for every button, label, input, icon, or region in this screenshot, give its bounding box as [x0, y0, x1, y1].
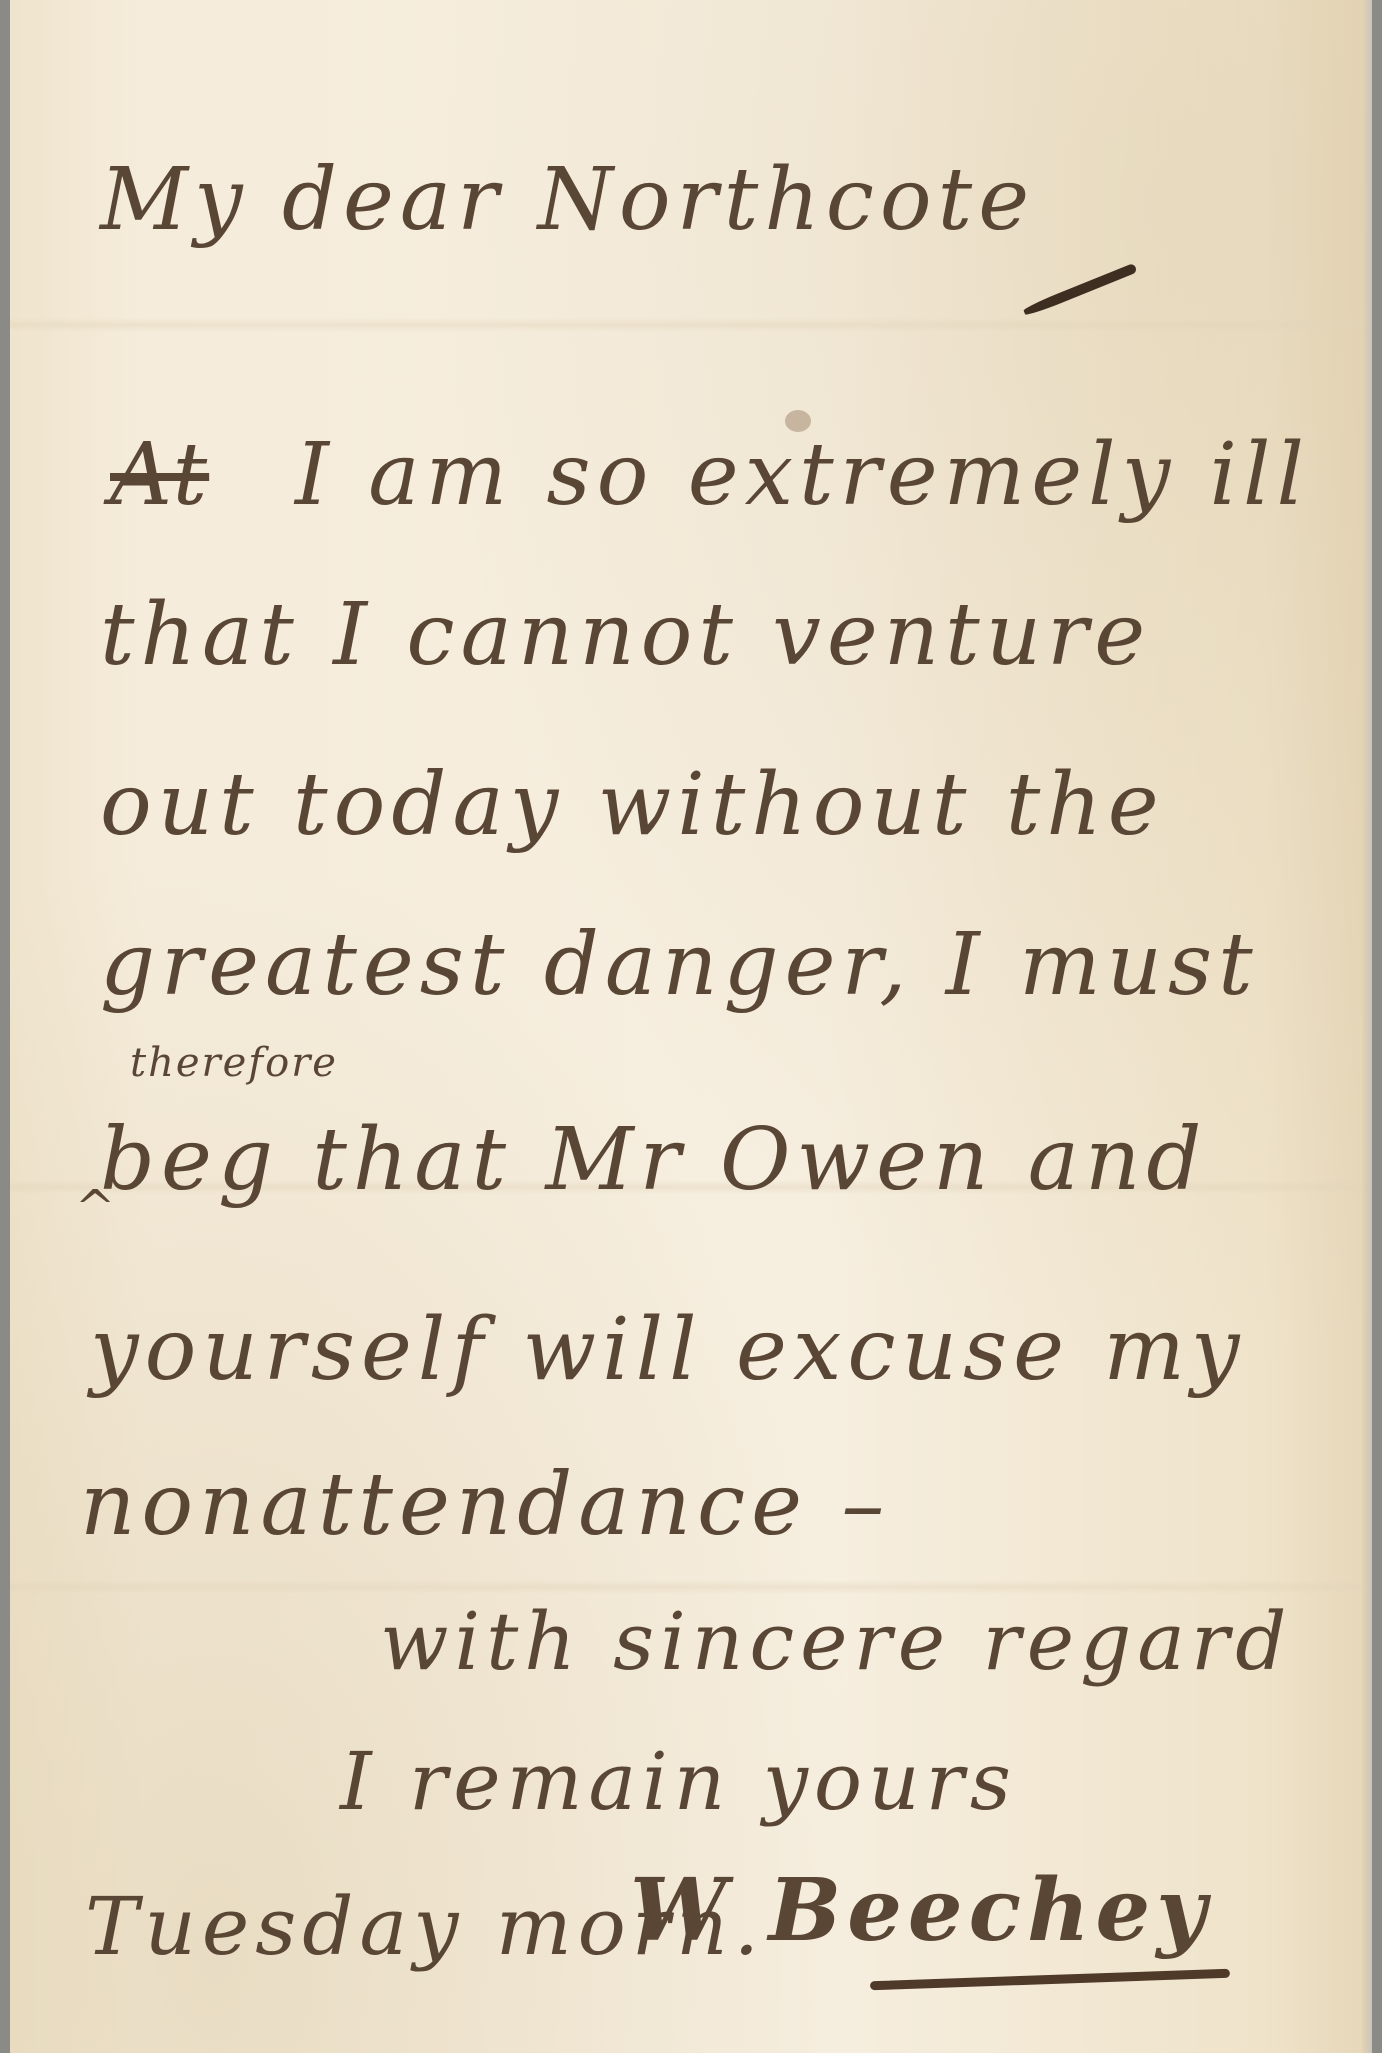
body-line-6: yourself will excuse my	[90, 1300, 1245, 1400]
body-line-3: out today without the	[100, 755, 1165, 855]
signature: W Beechey	[630, 1860, 1212, 1961]
fold-line	[10, 318, 1372, 332]
letter-page: My dear Northcote At I am so extremely i…	[10, 0, 1372, 2053]
salutation-flourish	[1022, 263, 1137, 317]
salutation: My dear Northcote	[100, 150, 1035, 250]
signature-underline	[870, 1969, 1230, 1991]
body-line-7: nonattendance –	[80, 1455, 890, 1555]
struck-word: At	[110, 425, 209, 525]
body-line-1: I am so extremely ill	[295, 425, 1310, 525]
closing-line-1: with sincere regard	[380, 1595, 1292, 1688]
interlinear-insertion: therefore	[130, 1040, 338, 1086]
body-line-2: that I cannot venture	[100, 585, 1151, 685]
fold-line	[10, 1580, 1372, 1594]
paper-edge	[1362, 0, 1372, 2053]
body-line-5: beg that Mr Owen and	[100, 1110, 1207, 1210]
body-line-4: greatest danger, I must	[100, 915, 1259, 1015]
closing-line-2: I remain yours	[340, 1735, 1017, 1828]
